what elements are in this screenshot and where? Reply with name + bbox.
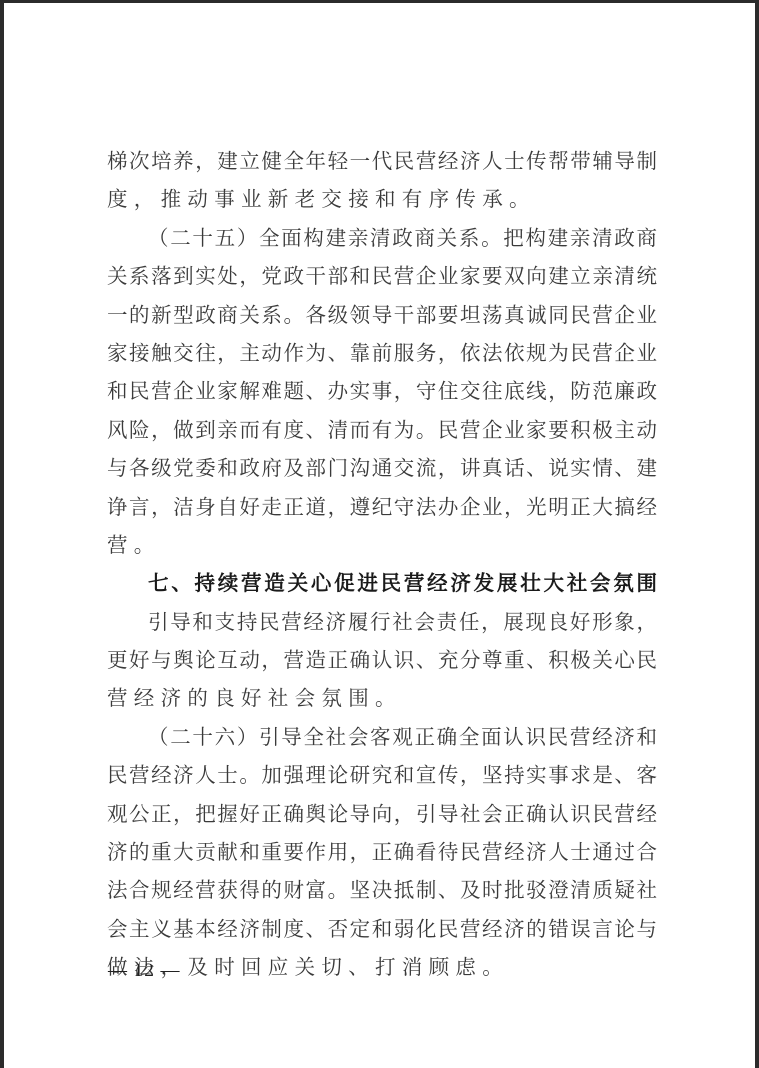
paragraph-line: 和民营企业家解难题、办实事，守住交往底线，防范廉政	[107, 372, 657, 410]
paragraph-line: 会主义基本经济制度、否定和弱化民营经济的错误言论与	[107, 910, 657, 948]
paragraph-line: 风险，做到亲而有度、清而有为。民营企业家要积极主动	[107, 411, 657, 449]
paragraph-line: 家接触交往，主动作为、靠前服务，依法依规为民营企业	[107, 334, 657, 372]
paragraph-line: 梯次培养，建立健全年轻一代民营经济人士传帮带辅导制	[107, 142, 657, 180]
paragraph-line: （二十六）引导全社会客观正确全面认识民营经济和	[107, 718, 657, 756]
paragraph-line: 观公正，把握好正确舆论导向，引导社会正确认识民营经	[107, 795, 657, 833]
paragraph-line: 关系落到实处，党政干部和民营企业家要双向建立亲清统	[107, 257, 657, 295]
paragraph-line: （二十五）全面构建亲清政商关系。把构建亲清政商	[107, 219, 657, 257]
document-page: 梯次培养，建立健全年轻一代民营经济人士传帮带辅导制 度，推动事业新老交接和有序传…	[4, 3, 755, 1068]
paragraph-line: 做法，及时回应关切、打消顾虑。	[107, 948, 657, 986]
section-heading: 七、持续营造关心促进民营经济发展壮大社会氛围	[107, 564, 657, 602]
paragraph-line: 法合规经营获得的财富。坚决抵制、及时批驳澄清质疑社	[107, 871, 657, 909]
paragraph-line: 更好与舆论互动，营造正确认识、充分尊重、积极关心民	[107, 641, 657, 679]
body-text: 梯次培养，建立健全年轻一代民营经济人士传帮带辅导制 度，推动事业新老交接和有序传…	[107, 142, 657, 987]
paragraph-line: 诤言，洁身自好走正道，遵纪守法办企业，光明正大搞经	[107, 488, 657, 526]
paragraph-line: 济的重大贡献和重要作用，正确看待民营经济人士通过合	[107, 833, 657, 871]
paragraph-line: 与各级党委和政府及部门沟通交流，讲真话、说实情、建	[107, 449, 657, 487]
paragraph-line: 营。	[107, 526, 657, 564]
page-number: — 12 —	[108, 960, 181, 982]
paragraph-line: 度，推动事业新老交接和有序传承。	[107, 180, 657, 218]
paragraph-line: 民营经济人士。加强理论研究和宣传，坚持实事求是、客	[107, 756, 657, 794]
paragraph-line: 引导和支持民营经济履行社会责任，展现良好形象，	[107, 603, 657, 641]
paragraph-line: 营经济的良好社会氛围。	[107, 679, 657, 717]
paragraph-line: 一的新型政商关系。各级领导干部要坦荡真诚同民营企业	[107, 296, 657, 334]
